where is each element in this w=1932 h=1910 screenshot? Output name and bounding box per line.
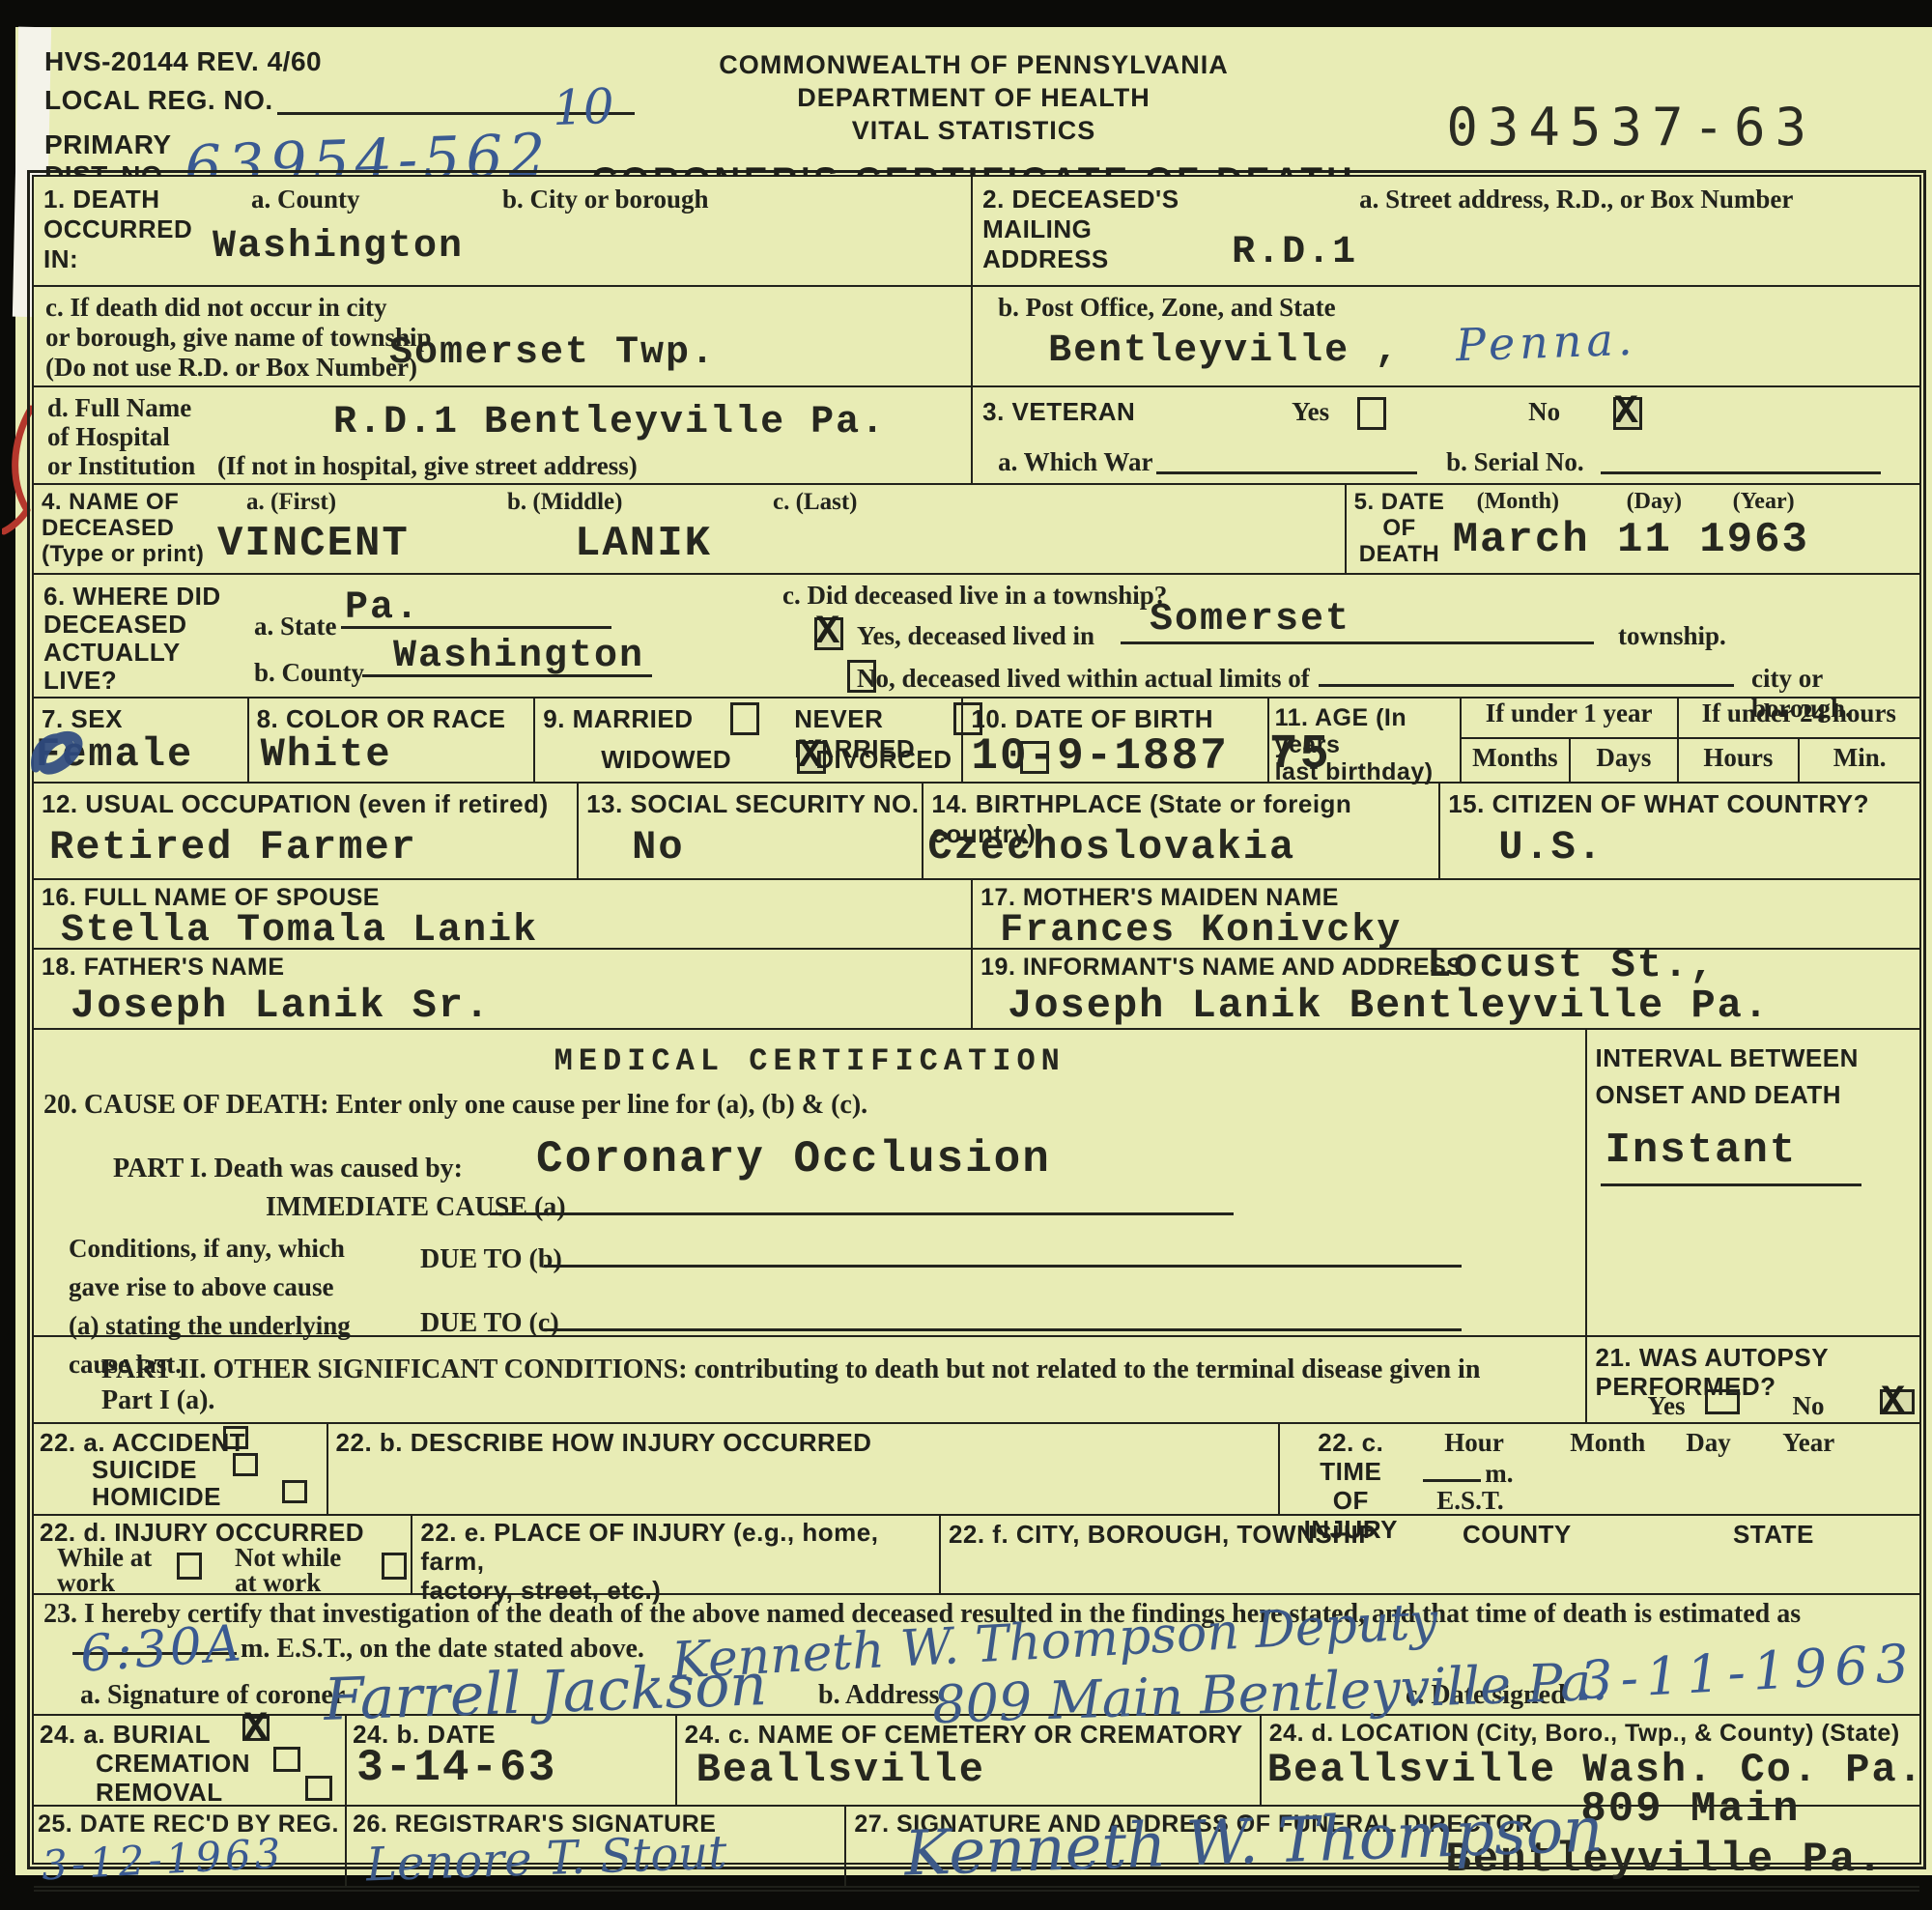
box19-informant: 19. INFORMANT'S NAME AND ADDRESS Locust … — [971, 950, 1919, 1028]
not-while-label: Not while at work — [235, 1545, 341, 1595]
county-label: COUNTY — [1463, 1520, 1572, 1550]
box6-no-text: No, deceased lived within actual limits … — [857, 664, 1310, 694]
box3-war-line — [1156, 447, 1417, 474]
box1c-value: Somerset Twp. — [389, 331, 716, 375]
box19-value-line2: Joseph Lanik Bentleyville Pa. — [1008, 983, 1770, 1029]
cremation-label: CREMATION — [96, 1749, 250, 1779]
box9-marital-status: 9. MARRIED NEVER MARRIED WIDOWED X DIVOR… — [533, 698, 961, 782]
row-injury-place: 22. d. INJURY OCCURRED While at work Not… — [34, 1514, 1919, 1593]
box3-label: 3. VETERAN — [982, 397, 1135, 427]
day-label: Day — [1686, 1428, 1731, 1458]
row-registrar: 25. DATE REC'D BY REG. 3-12-1963 26. REG… — [34, 1805, 1919, 1892]
box3-yes-checkbox — [1357, 397, 1386, 430]
hours-label: Hours — [1677, 739, 1799, 782]
box1b-label: b. City or borough — [502, 185, 709, 214]
row-spouse-mother: 16. FULL NAME OF SPOUSE Stella Tomala La… — [34, 878, 1919, 948]
box21-no-label: No — [1792, 1391, 1824, 1421]
box9-widowed-label: WIDOWED — [601, 745, 731, 775]
box13-value: No — [632, 824, 684, 870]
box8-value: White — [261, 731, 392, 778]
while-at-work-label: While at work — [57, 1545, 152, 1595]
suicide-checkbox — [233, 1453, 258, 1476]
row-injury-type: 22. a. ACCIDENT SUICIDE HOMICIDE 22. b. … — [34, 1422, 1919, 1514]
box22b-describe: 22. b. DESCRIBE HOW INJURY OCCURRED — [327, 1424, 1279, 1514]
cause-value: Coronary Occlusion — [536, 1134, 1051, 1184]
box11-age-subtable: If under 1 year If under 24 hours Months… — [1460, 698, 1919, 782]
part2-label: PART II. OTHER SIGNIFICANT CONDITIONS: c… — [101, 1354, 1531, 1416]
certificate-number-stamp: 034537-63 — [1446, 97, 1816, 157]
box1c-label: c. If death did not occur in city or bor… — [45, 293, 432, 383]
box4-first-value: VINCENT — [217, 520, 410, 568]
local-reg-value: 10 — [552, 78, 615, 136]
box3-veteran: 3. VETERAN Yes No X a. Which War b. Seri… — [973, 385, 1919, 483]
box21-no-checkbox: X — [1880, 1389, 1915, 1414]
box5-date-of-death: 5. DATE OF DEATH (Month) (Day) (Year) Ma… — [1345, 485, 1919, 573]
box16-label: 16. FULL NAME OF SPOUSE — [42, 884, 380, 912]
box24b-value: 3-14-63 — [356, 1743, 556, 1793]
min-label: Min. — [1798, 739, 1919, 782]
days-label: Days — [1569, 739, 1676, 782]
box26-registrar-signature: 26. REGISTRAR'S SIGNATURE Lenore T. Stou… — [345, 1807, 844, 1886]
box5-day-label: (Day) — [1627, 489, 1682, 515]
box6-township-suffix: township. — [1618, 621, 1726, 651]
box20-cause-of-death: MEDICAL CERTIFICATION 20. CAUSE OF DEATH… — [34, 1030, 1585, 1335]
box4a-label: a. (First) — [246, 489, 336, 516]
under-1-year-label: If under 1 year — [1462, 698, 1677, 737]
month-label: Month — [1570, 1428, 1645, 1458]
box7-value: Female — [36, 731, 193, 778]
box3-no-checkbox: X — [1613, 397, 1642, 430]
row-coroner-certification: 23. I hereby certify that investigation … — [34, 1593, 1919, 1714]
months-label: Months — [1462, 739, 1569, 782]
box5-value: March 11 1963 — [1453, 516, 1809, 564]
row-name-date: 4. NAME OF DECEASED (Type or print) a. (… — [34, 483, 1919, 573]
box10-label: 10. DATE OF BIRTH — [971, 704, 1213, 734]
box20-label: 20. CAUSE OF DEATH: Enter only one cause… — [43, 1090, 867, 1121]
homicide-checkbox — [282, 1480, 307, 1503]
box19-value-line1: Locust St., — [1427, 942, 1716, 988]
box10-date-of-birth: 10. DATE OF BIRTH 10-9-1887 — [961, 698, 1266, 782]
box1-county-city: 1. DEATH OCCURRED IN: a. County b. City … — [34, 177, 971, 285]
box22a-accident: 22. a. ACCIDENT SUICIDE HOMICIDE — [34, 1424, 327, 1514]
box8-label: 8. COLOR OR RACE — [257, 704, 506, 734]
time-of-death-hand: 6:30A — [78, 1614, 245, 1684]
box14-value: Czechoslovakia — [927, 824, 1295, 870]
box4-name-of-deceased: 4. NAME OF DECEASED (Type or print) a. (… — [34, 485, 1345, 573]
suicide-label: SUICIDE — [92, 1455, 197, 1485]
burial-label: 24. a. BURIAL — [40, 1720, 211, 1750]
box9-married-checkbox — [730, 702, 759, 735]
box2a-value: R.D.1 — [1232, 231, 1357, 274]
local-reg-label: LOCAL REG. NO. — [44, 85, 273, 115]
box1-death-occurred: 1. DEATH OCCURRED IN: a. County b. City … — [34, 177, 971, 483]
form-number: HVS-20144 REV. 4/60 — [44, 46, 663, 77]
box3-serial-label: b. Serial No. — [1446, 447, 1584, 477]
due-to-c-line — [544, 1302, 1462, 1331]
box2-street: 2. DECEASED'S MAILING ADDRESS a. Street … — [973, 177, 1919, 285]
est-label: E.S.T. — [1436, 1486, 1503, 1516]
address-label: b. Address — [818, 1680, 940, 1711]
box6-yes-checkbox: X — [814, 617, 843, 650]
interval-value: Instant — [1605, 1126, 1797, 1175]
box22d-injury-occurred: 22. d. INJURY OCCURRED While at work Not… — [34, 1516, 411, 1593]
box8-color-race: 8. COLOR OR RACE White — [247, 698, 534, 782]
box4b-label: b. (Middle) — [507, 489, 622, 516]
box2-postoffice: b. Post Office, Zone, and State Bentleyv… — [973, 285, 1919, 385]
immediate-cause-line — [490, 1184, 1234, 1215]
box27-funeral-director: 27. SIGNATURE AND ADDRESS OF FUNERAL DIR… — [844, 1807, 1919, 1886]
box10-value: 10-9-1887 — [971, 731, 1228, 782]
year-label: Year — [1782, 1428, 1834, 1458]
box11-value: 75 — [1269, 727, 1331, 783]
row-medical-certification: MEDICAL CERTIFICATION 20. CAUSE OF DEATH… — [34, 1028, 1919, 1335]
box18-label: 18. FATHER'S NAME — [42, 954, 285, 982]
age-subtable-cells: Months Days Hours Min. — [1462, 737, 1919, 782]
box11-age: 11. AGE (In years last birthday) 75 — [1267, 698, 1460, 782]
box15-label: 15. CITIZEN OF WHAT COUNTRY? — [1448, 789, 1869, 819]
part1-label: PART I. Death was caused by: — [113, 1154, 463, 1184]
box6-no-line — [1319, 660, 1734, 687]
box4-last-value: LANIK — [575, 520, 712, 568]
box6-yes-text: Yes, deceased lived in — [857, 621, 1094, 651]
box7-sex: 7. SEX Female — [34, 698, 247, 782]
accident-checkbox — [223, 1426, 248, 1449]
signature-of-coroner-label: a. Signature of coroner — [80, 1680, 345, 1711]
vital-statistics-line: VITAL STATISTICS — [587, 114, 1360, 147]
box15-citizen: 15. CITIZEN OF WHAT COUNTRY? U.S. — [1438, 784, 1919, 878]
removal-label: REMOVAL — [96, 1778, 223, 1808]
state-label: STATE — [1733, 1520, 1814, 1550]
box1d-label: d. Full Name of Hospital or Institution — [47, 393, 195, 480]
certificate-paper: HVS-20144 REV. 4/60 LOCAL REG. NO. 10 PR… — [15, 27, 1932, 1875]
date-signed-value: 3-11-1963 — [1578, 1633, 1918, 1711]
box5-month-label: (Month) — [1477, 489, 1559, 515]
box2b-state-hand: Penna. — [1455, 313, 1637, 372]
row-part2-autopsy: PART II. OTHER SIGNIFICANT CONDITIONS: c… — [34, 1335, 1919, 1422]
interval-label: INTERVAL BETWEEN ONSET AND DEATH — [1595, 1040, 1858, 1113]
cremation-checkbox — [273, 1747, 300, 1772]
box13-label: 13. SOCIAL SECURITY NO. — [586, 789, 919, 819]
box1d-value: R.D.1 Bentleyville Pa. — [333, 401, 886, 444]
box17-mother: 17. MOTHER'S MAIDEN NAME Frances Konivck… — [971, 880, 1919, 948]
box2-label: 2. DECEASED'S MAILING ADDRESS — [982, 185, 1179, 274]
box22b-label: 22. b. DESCRIBE HOW INJURY OCCURRED — [336, 1428, 872, 1458]
box14-birthplace: 14. BIRTHPLACE (State or foreign country… — [922, 784, 1438, 878]
funeral-director-address1: 809 Main — [1580, 1785, 1800, 1834]
row-residence: 6. WHERE DID DECEASED ACTUALLY LIVE? a. … — [34, 573, 1919, 697]
box17-value: Frances Konivcky — [1000, 909, 1402, 953]
box5-label: 5. DATE OF DEATH — [1354, 489, 1445, 567]
box2b-label: b. Post Office, Zone, and State — [998, 293, 1335, 323]
row-father-informant: 18. FATHER'S NAME Joseph Lanik Sr. 19. I… — [34, 948, 1919, 1028]
box24d-label: 24. d. LOCATION (City, Boro., Twp., & Co… — [1269, 1720, 1900, 1748]
box12-value: Retired Farmer — [49, 824, 417, 870]
while-at-work-checkbox — [177, 1553, 202, 1580]
age-subtable-headers: If under 1 year If under 24 hours — [1462, 698, 1919, 737]
under-24-hours-label: If under 24 hours — [1677, 698, 1919, 737]
row-sex-race-married: 7. SEX Female 8. COLOR OR RACE White 9. … — [34, 697, 1919, 782]
due-to-b-line — [544, 1239, 1462, 1268]
header: HVS-20144 REV. 4/60 LOCAL REG. NO. 10 PR… — [15, 27, 1932, 170]
removal-checkbox — [305, 1776, 332, 1801]
box5-year-label: (Year) — [1733, 489, 1795, 515]
interval-column: INTERVAL BETWEEN ONSET AND DEATH Instant — [1585, 1030, 1919, 1335]
registrar-signature: Lenore T. Stout — [365, 1826, 727, 1893]
box1-label: 1. DEATH OCCURRED IN: — [43, 185, 192, 274]
part2-conditions: PART II. OTHER SIGNIFICANT CONDITIONS: c… — [34, 1337, 1585, 1422]
box7-label: 7. SEX — [42, 704, 123, 734]
box3-yes-label: Yes — [1292, 397, 1329, 427]
box3-serial-line — [1601, 447, 1881, 474]
box3-no-label: No — [1528, 397, 1560, 427]
row-occupation: 12. USUAL OCCUPATION (even if retired) R… — [34, 782, 1919, 878]
box16-spouse: 16. FULL NAME OF SPOUSE Stella Tomala La… — [34, 880, 971, 948]
box6c-label: c. Did deceased live in a township? — [782, 581, 1167, 611]
homicide-label: HOMICIDE — [92, 1482, 221, 1512]
box25-date-received: 25. DATE REC'D BY REG. 3-12-1963 — [34, 1807, 345, 1886]
box21-yes-label: Yes — [1647, 1391, 1685, 1421]
box6a-label: a. State — [254, 612, 336, 641]
box22e-place-of-injury: 22. e. PLACE OF INJURY (e.g., home, farm… — [411, 1516, 939, 1593]
box1-township: c. If death did not occur in city or bor… — [34, 285, 971, 385]
local-reg-line: 10 — [277, 112, 635, 115]
box2a-label: a. Street address, R.D., or Box Number — [1359, 185, 1793, 214]
box22c-time-of-injury: 22. c. TIME OF INJURY Hour m. E.S.T. Mon… — [1278, 1424, 1919, 1514]
box9-married-label: 9. MARRIED — [543, 704, 693, 734]
box21-autopsy: 21. WAS AUTOPSY PERFORMED? Yes No X — [1585, 1337, 1919, 1422]
not-while-checkbox — [382, 1553, 407, 1580]
box21-yes-checkbox — [1705, 1389, 1740, 1414]
box6b-line — [362, 650, 652, 677]
scanned-page: HVS-20144 REV. 4/60 LOCAL REG. NO. 10 PR… — [0, 0, 1932, 1910]
box1a-label: a. County — [251, 185, 360, 214]
row-death-occurred: 1. DEATH OCCURRED IN: a. County b. City … — [34, 177, 1919, 483]
box1-hospital: d. Full Name of Hospital or Institution … — [34, 385, 971, 483]
box12-occupation: 12. USUAL OCCUPATION (even if retired) R… — [34, 784, 577, 878]
box15-value: U.S. — [1498, 824, 1604, 870]
box4c-label: c. (Last) — [773, 489, 857, 516]
box22f-city-county-state: 22. f. CITY, BOROUGH, TOWNSHIP COUNTY ST… — [939, 1516, 1919, 1593]
box18-value: Joseph Lanik Sr. — [71, 983, 491, 1029]
box3-war-label: a. Which War — [998, 447, 1152, 477]
box6a-line — [341, 602, 611, 629]
box6b-label: b. County — [254, 658, 364, 688]
box23-certification: 23. I hereby certify that investigation … — [34, 1595, 1919, 1714]
form-border: 1. DEATH OCCURRED IN: a. County b. City … — [27, 170, 1926, 1869]
box9-divorced-label: DIVORCED — [815, 745, 952, 775]
box22a-label: 22. a. ACCIDENT — [40, 1428, 245, 1458]
due-to-b-label: DUE TO (b) — [420, 1244, 562, 1275]
m-label: m. — [1485, 1459, 1513, 1489]
box2-3-right: 2. DECEASED'S MAILING ADDRESS a. Street … — [971, 177, 1919, 483]
box16-value: Stella Tomala Lanik — [61, 909, 538, 953]
box6-residence: 6. WHERE DID DECEASED ACTUALLY LIVE? a. … — [34, 575, 1919, 697]
burial-checkbox: X — [242, 1716, 270, 1741]
box6-township-line — [1121, 617, 1594, 644]
commonwealth-line: COMMONWEALTH OF PENNSYLVANIA — [587, 48, 1360, 81]
box24a-burial: 24. a. BURIAL X CREMATION REMOVAL — [34, 1716, 345, 1805]
primary-label: PRIMARY — [44, 129, 172, 159]
box13-ssn: 13. SOCIAL SECURITY NO. No — [577, 784, 922, 878]
box22e-label: 22. e. PLACE OF INJURY (e.g., home, farm… — [420, 1518, 939, 1605]
box2b-value: Bentleyville , — [1048, 329, 1400, 373]
box18-father: 18. FATHER'S NAME Joseph Lanik Sr. — [34, 950, 971, 1028]
box17-label: 17. MOTHER'S MAIDEN NAME — [980, 884, 1339, 912]
box1a-value: Washington — [213, 225, 464, 269]
box24c-value: Beallsville — [696, 1747, 985, 1793]
box4-label: 4. NAME OF DECEASED (Type or print) — [42, 489, 204, 567]
box12-label: 12. USUAL OCCUPATION (even if retired) — [42, 789, 549, 819]
box1d-note: (If not in hospital, give street address… — [217, 451, 638, 481]
hour-line — [1423, 1457, 1481, 1482]
box19-label: 19. INFORMANT'S NAME AND ADDRESS — [980, 954, 1463, 982]
hour-label: Hour — [1444, 1428, 1504, 1458]
box22f-label: 22. f. CITY, BOROUGH, TOWNSHIP — [949, 1520, 1376, 1550]
interval-line — [1601, 1183, 1861, 1186]
box6-label: 6. WHERE DID DECEASED ACTUALLY LIVE? — [43, 583, 221, 695]
medical-certification-title: MEDICAL CERTIFICATION — [34, 1043, 1585, 1079]
department-line: DEPARTMENT OF HEALTH — [587, 81, 1360, 114]
